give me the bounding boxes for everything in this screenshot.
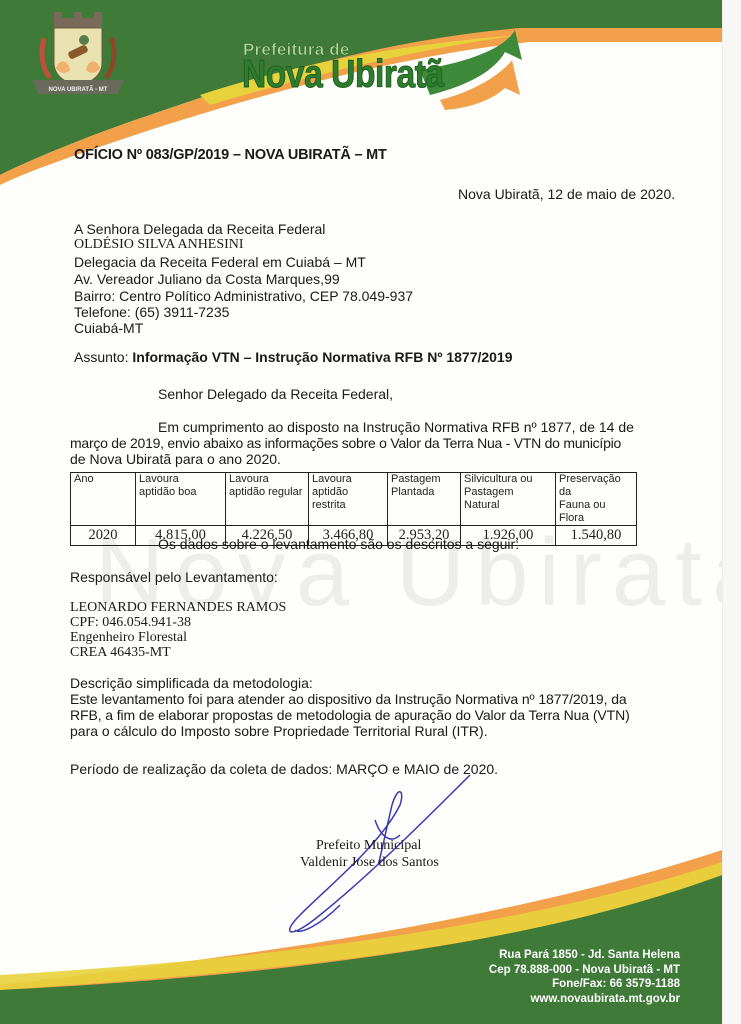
scan-margin [722, 0, 741, 1024]
body-line: Em cumprimento ao disposto na Instrução … [158, 419, 634, 435]
recipient-line: Cuiabá-MT [74, 320, 143, 336]
svg-text:NOVA UBIRATÃ - MT: NOVA UBIRATÃ - MT [49, 86, 108, 93]
signature-title: Prefeito Municipal [316, 838, 421, 854]
table-header-cell: Lavouraaptidão restrita [309, 473, 388, 526]
table-header-cell: Lavouraaptidão regular [226, 473, 309, 526]
body-line: março de 2019, envio abaixo as informaçõ… [70, 435, 621, 451]
table-cell: 1.540,80 [556, 526, 637, 546]
table-header-cell: PastagemPlantada [388, 473, 461, 526]
recipient-line: Bairro: Centro Político Administrativo, … [74, 288, 413, 304]
footer-website: www.novaubirata.mt.gov.br [489, 992, 680, 1007]
footer-phone: Fone/Fax: 66 3579-1188 [489, 977, 680, 992]
recipient-line: Av. Vereador Juliano da Costa Marques,99 [74, 271, 340, 287]
table-header-cell: Preservação daFauna ou Flora [556, 473, 637, 526]
methodology-line: RFB, a fim de elaborar propostas de meto… [70, 707, 630, 723]
place-date: Nova Ubiratã, 12 de maio de 2020. [458, 186, 675, 202]
methodology-line: Este levantamento foi para atender ao di… [70, 691, 627, 707]
vtn-table: Ano Lavouraaptidão boa Lavouraaptidão re… [70, 472, 637, 546]
subject-text: Informação VTN – Instrução Normativa RFB… [132, 349, 512, 365]
recipient-line: A Senhora Delegada da Receita Federal [74, 221, 325, 237]
table-header-cell: Lavouraaptidão boa [136, 473, 226, 526]
responsible-profession: Engenheiro Florestal [70, 630, 187, 646]
salutation: Senhor Delegado da Receita Federal, [158, 386, 393, 402]
municipal-crest-logo: NOVA UBIRATÃ - MT [26, 8, 130, 100]
footer-contact: Rua Pará 1850 - Jd. Santa Helena Cep 78.… [489, 948, 680, 1006]
document-reference: OFÍCIO Nº 083/GP/2019 – NOVA UBIRATÃ – M… [74, 147, 387, 163]
body-line: de Nova Ubiratã para o ano 2020. [70, 451, 281, 467]
subject-label: Assunto: [74, 349, 128, 365]
responsible-name: LEONARDO FERNANDES RAMOS [70, 600, 286, 616]
signature-name: Valdenir Jose dos Santos [300, 855, 439, 871]
methodology-label: Descrição simplificada da metodologia: [70, 675, 313, 691]
table-header-cell: Ano [71, 473, 136, 526]
letter-page: NOVA UBIRATÃ - MT Prefeitura de Nova Ubi… [0, 0, 722, 1024]
table-header-row: Ano Lavouraaptidão boa Lavouraaptidão re… [71, 473, 637, 526]
subject: Assunto: Informação VTN – Instrução Norm… [74, 349, 513, 365]
table-header-cell: Silvicultura ouPastagem Natural [461, 473, 556, 526]
responsible-cpf: CPF: 046.054.941-38 [70, 615, 191, 631]
recipient-line: Delegacia da Receita Federal em Cuiabá –… [74, 254, 366, 270]
responsible-crea: CREA 46435-MT [70, 645, 171, 661]
methodology-line: para o cálculo do Imposto sobre Propried… [70, 723, 488, 739]
survey-intro: Os dados sobre o levantamento são os des… [158, 536, 519, 552]
table-cell: 2020 [71, 526, 136, 546]
footer-cep: Cep 78.888-000 - Nova Ubiratã - MT [489, 963, 680, 978]
responsible-label: Responsável pelo Levantamento: [70, 569, 278, 585]
footer-address: Rua Pará 1850 - Jd. Santa Helena [489, 948, 680, 963]
recipient-line: Telefone: (65) 3911-7235 [74, 304, 229, 320]
brand-municipality: Nova Ubiratã [242, 53, 444, 97]
recipient-name: OLDÉSIO SILVA ANHESINI [74, 237, 244, 253]
